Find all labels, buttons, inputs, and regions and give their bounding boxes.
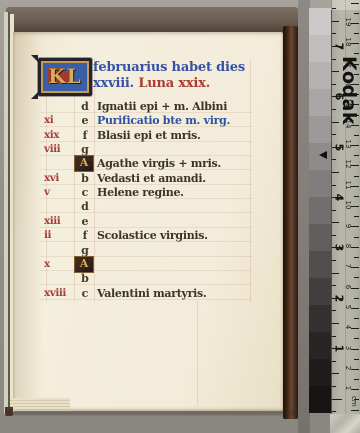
calendar-row: AAgathe virgis + mris. — [0, 157, 270, 171]
golden-number: xviii — [44, 287, 72, 299]
cm-number: 1 — [344, 383, 352, 393]
calendar-row: d — [0, 200, 270, 214]
kl-monogram-initial: KL — [38, 58, 92, 96]
ruler-tick — [351, 3, 359, 4]
ruler-tick — [351, 165, 359, 166]
grayscale-step — [309, 197, 331, 224]
dominical-letter: d — [78, 200, 92, 213]
calendar-row: dIgnatii epi + m. Albini — [0, 100, 270, 114]
kl-letters: KL — [43, 64, 87, 88]
ruler-tick — [354, 237, 359, 238]
ruler-tick — [351, 206, 359, 207]
cm-number: 19 — [344, 17, 352, 27]
ruler-tick — [354, 13, 359, 14]
ruler-tick — [354, 257, 359, 258]
dominical-letter: d — [78, 100, 92, 113]
ruler-tick — [354, 176, 359, 177]
ruler-tick — [354, 277, 359, 278]
golden-number: x — [44, 258, 72, 270]
ruler-tick — [351, 328, 359, 329]
calendar-row: xixfBlasii epi et mris. — [0, 129, 270, 143]
feast-entry: Purificatio bte m. virg. — [97, 114, 230, 127]
book-right-cover-edge — [283, 26, 298, 419]
calendar-row: xiePurificatio bte m. virg. — [0, 114, 270, 128]
ruler-tick — [354, 196, 359, 197]
kodak-grayscale-wedge — [309, 8, 331, 413]
heading-luna: Luna xxix. — [138, 76, 210, 91]
ruler-tick — [332, 134, 336, 135]
grayscale-step — [309, 224, 331, 251]
golden-number: v — [44, 186, 72, 198]
cm-number: 11 — [344, 180, 352, 190]
ruler-tick — [332, 33, 336, 34]
golden-number: xi — [44, 114, 72, 126]
ruler-tick — [332, 310, 336, 311]
ruler-tick — [332, 323, 339, 324]
dominical-letter: f — [78, 229, 92, 242]
calendar-row: xviiicValentini martyris. — [0, 287, 270, 301]
ruler-tick — [351, 247, 359, 248]
ruler-tick — [351, 23, 359, 24]
cm-number: 12 — [344, 159, 352, 169]
ruler-tick — [354, 53, 359, 54]
grayscale-step — [309, 278, 331, 305]
calendar-row: xiiie — [0, 215, 270, 229]
cm-number: 9 — [344, 221, 352, 231]
ruler-tick — [351, 308, 359, 309]
grayscale-step — [309, 8, 331, 35]
calendar-heading-line1: februarius habet dies — [93, 60, 245, 75]
kodak-brand-label: Kodak — [338, 56, 360, 125]
ruler-tick — [332, 8, 336, 9]
cm-number: 2 — [344, 363, 352, 373]
golden-number: ii — [44, 229, 72, 241]
decorated-initial: A — [74, 256, 94, 273]
grayscale-step — [309, 332, 331, 359]
cm-number: 7 — [344, 261, 352, 271]
ruler-tick — [351, 288, 359, 289]
ruler-tick — [354, 155, 359, 156]
feast-entry: Ignatii epi + m. Albini — [97, 100, 227, 113]
ruler-tick — [332, 285, 336, 286]
book-top-cover-edge — [6, 7, 298, 34]
calendar-row: xA — [0, 258, 270, 272]
ruler-tick — [351, 186, 359, 187]
grayscale-step — [309, 386, 331, 413]
ruler-tick — [332, 159, 336, 160]
cm-unit-label: cm — [350, 396, 358, 407]
dominical-letter: g — [78, 143, 92, 156]
decorated-initial: A — [74, 155, 94, 172]
inch-number: 3 — [333, 242, 346, 254]
feast-entry: Scolastice virginis. — [97, 229, 208, 242]
cm-number: 4 — [344, 322, 352, 332]
golden-number: xix — [44, 129, 72, 141]
feast-entry: Agathe virgis + mris. — [97, 157, 221, 170]
dominical-letter: f — [78, 129, 92, 142]
grayscale-step — [309, 359, 331, 386]
ruler-tick — [351, 410, 359, 411]
dominical-letter: b — [78, 172, 92, 185]
cm-number: 6 — [344, 282, 352, 292]
inch-number: 7 — [333, 41, 346, 53]
ruler-tick — [332, 260, 336, 261]
book-shadow — [6, 411, 298, 415]
dominical-letter: c — [78, 287, 92, 300]
ruler-tick — [332, 373, 339, 374]
golden-number: xvi — [44, 172, 72, 184]
ruler-tick — [332, 109, 336, 110]
ruler-tick — [354, 338, 359, 339]
kl-panel: KL — [41, 61, 89, 93]
ruler-tick — [354, 379, 359, 380]
golden-number: viii — [44, 143, 72, 155]
dominical-letter: e — [78, 215, 92, 228]
calendar-row: viiig — [0, 143, 270, 157]
ruler-tick — [332, 361, 336, 362]
dominical-letter: b — [78, 272, 92, 285]
ruler-tick — [332, 336, 336, 337]
inch-number: 4 — [333, 192, 346, 204]
ruler-arrow-marker — [319, 151, 327, 159]
grayscale-step — [309, 89, 331, 116]
grayscale-step — [309, 116, 331, 143]
grayscale-step — [309, 35, 331, 62]
ruler-tick — [332, 84, 336, 85]
ruler-tick — [351, 389, 359, 390]
grayscale-step — [309, 251, 331, 278]
ruler-tick — [354, 216, 359, 217]
heading-days-count: xxviii. — [93, 76, 134, 91]
ruler-tick — [332, 172, 339, 173]
calendar-row: vcHelene regine. — [0, 186, 270, 200]
grayscale-step — [309, 62, 331, 89]
ruler-tick — [332, 386, 336, 387]
ruler-tick — [354, 135, 359, 136]
feast-entry: Helene regine. — [97, 186, 184, 199]
feast-entry: Valentini martyris. — [97, 287, 206, 300]
grayscale-step — [309, 170, 331, 197]
calendar-row: xvibVedasti et amandi. — [0, 172, 270, 186]
calendar-heading-line2: xxviii. Luna xxix. — [93, 76, 210, 91]
ruling-vline — [197, 300, 198, 406]
ruler-tick — [332, 185, 336, 186]
ruler-tick — [354, 33, 359, 34]
ruler-tick — [332, 411, 336, 412]
ruler-tick — [332, 210, 336, 211]
ruler-tick — [332, 273, 339, 274]
ruler-foil-end — [330, 414, 360, 433]
ruler-tick — [351, 43, 359, 44]
feast-entry: Vedasti et amandi. — [97, 172, 206, 185]
grayscale-step — [309, 305, 331, 332]
photo-of-manuscript-page: KL februarius habet dies xxviii. Luna xx… — [0, 0, 360, 433]
ruler-tick — [332, 222, 339, 223]
calendar-row: b — [0, 272, 270, 286]
ruler-tick — [332, 59, 336, 60]
ruler-tick — [332, 399, 342, 400]
dominical-letter: g — [78, 244, 92, 257]
inch-number: 5 — [333, 141, 346, 153]
ruler-tick — [351, 267, 359, 268]
page-bottom-leaf-edges — [10, 398, 70, 411]
ruler-tick — [354, 318, 359, 319]
ruler-tick — [354, 298, 359, 299]
calendar-row: g — [0, 244, 270, 258]
inch-number: 2 — [333, 292, 346, 304]
ruler-tick — [351, 145, 359, 146]
dominical-letter: e — [78, 114, 92, 127]
ruler-tick — [354, 359, 359, 360]
calendar-row: iifScolastice virginis. — [0, 229, 270, 243]
ruler-tick — [351, 226, 359, 227]
golden-number: xiii — [44, 215, 72, 227]
dominical-letter: c — [78, 186, 92, 199]
ruler-tick — [332, 21, 339, 22]
feast-entry: Blasii epi et mris. — [97, 129, 201, 142]
ruler-tick — [351, 349, 359, 350]
inch-number: 1 — [333, 343, 346, 355]
ruler-tick — [332, 235, 336, 236]
ruler-tick — [351, 369, 359, 370]
